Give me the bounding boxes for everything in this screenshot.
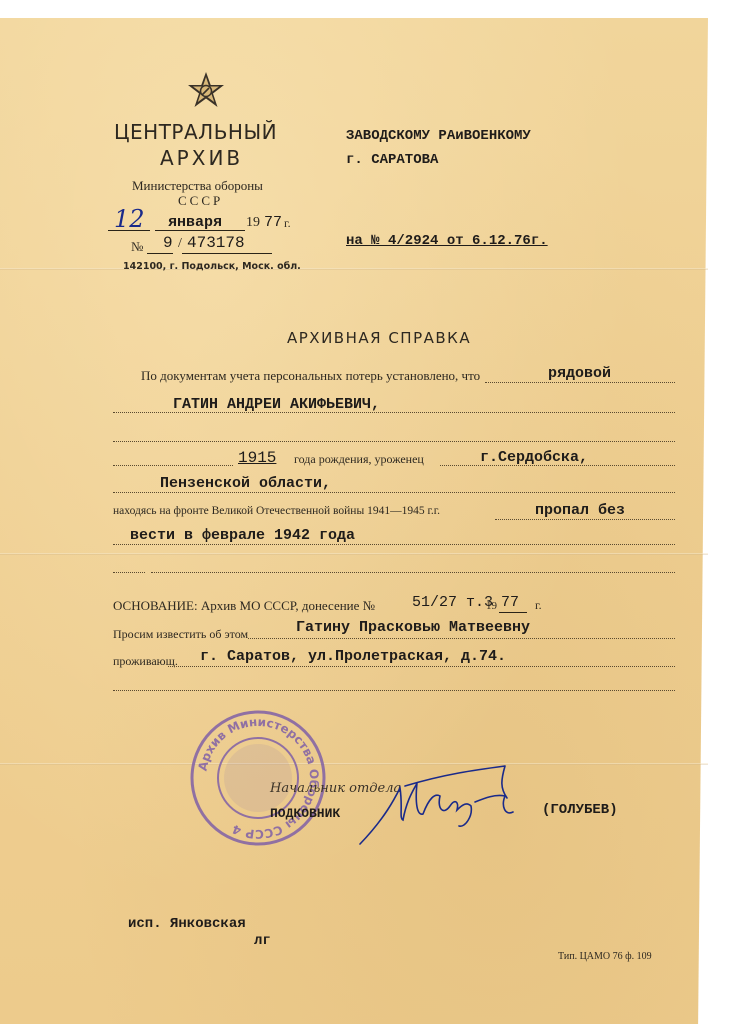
basis-label: ОСНОВАНИЕ: Архив МО СССР, донесение №: [113, 598, 375, 614]
executor: исп. Янковская: [128, 916, 246, 932]
number-part2: 473178: [187, 234, 245, 252]
residing-address: г. Саратов, ул.Пролетраская, д.74.: [200, 648, 506, 665]
org-name-line1: ЦЕНТРАЛЬНЫЙ: [114, 120, 277, 144]
executor-initials: лг: [254, 933, 271, 949]
fate-part1: пропал без: [535, 502, 625, 519]
official-stamp-icon: Архив Министерства Обороны СССР 4: [188, 708, 328, 848]
date-year-prefix: 19: [246, 215, 260, 231]
ministry-line2: СССР: [178, 193, 223, 209]
intro-text: По документам учета персональных потерь …: [141, 368, 480, 384]
handwritten-signature: [355, 758, 555, 848]
date-year-suffix: 77: [264, 214, 282, 231]
signer-rank: ПОДКОВНИК: [270, 806, 340, 821]
report-number: 51/27 т.3: [412, 594, 493, 611]
notify-person: Гатину Прасковью Матвеевну: [296, 619, 530, 636]
basis-year-end: г.: [535, 598, 542, 613]
org-name-line2: АРХИВ: [160, 146, 243, 170]
birth-year: 1915: [238, 449, 276, 467]
basis-year-suffix: 77: [501, 594, 519, 611]
print-info: Тип. ЦАМО 76 ф. 109: [558, 951, 652, 962]
recipient-line2: г. САРАТОВА: [346, 152, 438, 168]
recipient-line1: ЗАВОДСКОМУ РАиВОЕНКОМУ: [346, 128, 531, 144]
person-name: ГАТИН АНДРЕИ АКИФЬЕВИЧ,: [173, 396, 380, 413]
birth-label: года рождения, уроженец: [294, 452, 424, 467]
birthplace: г.Сердобска,: [480, 449, 588, 466]
signer-name: (ГОЛУБЕВ): [542, 802, 618, 818]
number-label: №: [131, 239, 143, 255]
number-part1: 9: [163, 234, 173, 252]
number-sep: /: [178, 236, 182, 252]
archive-address: 142100, г. Подольск, Моск. обл.: [123, 261, 301, 272]
date-year-end: г.: [284, 216, 291, 231]
reference-number: на № 4/2924 от 6.12.76г.: [346, 233, 548, 249]
front-label: находясь на фронте Великой Отечественной…: [113, 505, 440, 517]
document-paper: [0, 18, 708, 1024]
birth-region: Пензенской области,: [160, 475, 331, 492]
basis-year-prefix: 19: [486, 600, 497, 612]
notify-label: Просим известить об этом: [113, 627, 248, 642]
document-title: АРХИВНАЯ СПРАВКА: [287, 329, 471, 347]
red-star-hammer-sickle-icon: [186, 70, 226, 110]
fold-line: [0, 553, 708, 555]
fold-line: [0, 268, 708, 270]
rank-value: рядовой: [548, 365, 611, 382]
ministry-line1: Министерства обороны: [132, 178, 263, 194]
fold-line: [0, 763, 708, 765]
date-month: января: [168, 214, 222, 231]
fate-part2: вести в феврале 1942 года: [130, 527, 355, 544]
date-day: 12: [114, 205, 145, 233]
